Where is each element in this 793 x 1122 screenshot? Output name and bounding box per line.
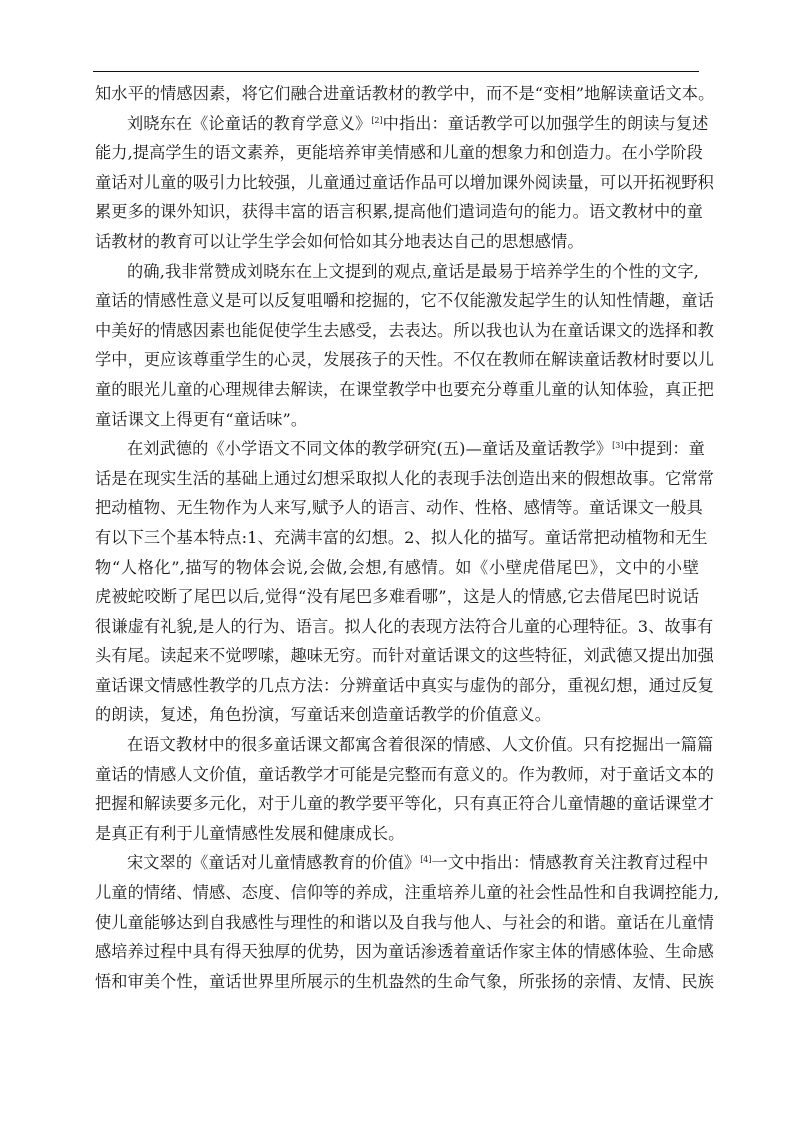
text-line: 刘晓东在《论童话的教育学意义》[2]中指出：童话教学可以加强学生的朗读与复述 bbox=[95, 109, 699, 139]
text-line: 能力,提高学生的语文素养，更能培养审美情感和儿童的想象力和创造力。在小学阶段 bbox=[95, 138, 699, 168]
paragraph: 在刘武德的《小学语文不同文体的教学研究(五)—童话及童话教学》[3]中提到：童 … bbox=[95, 434, 699, 730]
text-line: 话是在现实生活的基础上通过幻想采取拟人化的表现手法创造出来的假想故事。它常常 bbox=[95, 464, 699, 494]
citation-marker: [3] bbox=[612, 441, 623, 450]
text-line: 童话对儿童的吸引力比较强，儿童通过童话作品可以增加课外阅读量，可以开拓视野积 bbox=[95, 168, 699, 198]
text-line: 使儿童能够达到自我感性与理性的和谐以及自我与他人、与社会的和谐。童话在儿童情 bbox=[95, 908, 699, 938]
text-line: 童的眼光儿童的心理规律去解读，在课堂教学中也要充分尊重儿童的认知体验，真正把 bbox=[95, 375, 699, 405]
text-line: 头有尾。读起来不觉啰嗦，趣味无穷。而针对童话课文的这些特征，刘武德又提出加强 bbox=[95, 641, 699, 671]
text-line: 在刘武德的《小学语文不同文体的教学研究(五)—童话及童话教学》[3]中提到：童 bbox=[95, 434, 699, 464]
text-segment: 在刘武德的《小学语文不同文体的教学研究(五)—童话及童话教学》 bbox=[127, 439, 612, 458]
text-line: 童话的情感人文价值，童话教学才可能是完整而有意义的。作为教师，对于童话文本的 bbox=[95, 760, 699, 790]
text-line: 虎被蛇咬断了尾巴以后,觉得“没有尾巴多难看哪”，这是人的情感,它去借尾巴时说话 bbox=[95, 582, 699, 612]
text-segment: 中指出：童话教学可以加强学生的朗读与复述 bbox=[383, 114, 709, 133]
text-line: 感培养过程中具有得天独厚的优势，因为童话渗透着童话作家主体的情感体验、生命感 bbox=[95, 937, 699, 967]
text-line: 童话的情感性意义是可以反复咀嚼和挖掘的，它不仅能激发起学生的认知性情趣，童话 bbox=[95, 286, 699, 316]
text-line: 把动植物、无生物作为人来写,赋予人的语言、动作、性格、感情等。童话课文一般具 bbox=[95, 493, 699, 523]
text-line: 把握和解读要多元化，对于儿童的教学要平等化，只有真正符合儿童情趣的童话课堂才 bbox=[95, 789, 699, 819]
paragraph: 在语文教材中的很多童话课文都寓含着很深的情感、人文价值。只有挖掘出一篇篇 童话的… bbox=[95, 730, 699, 848]
text-line: 是真正有利于儿童情感性发展和健康成长。 bbox=[95, 819, 699, 849]
text-line: 的确,我非常赞成刘晓东在上文提到的观点,童话是最易于培养学生的个性的文字, bbox=[95, 257, 699, 287]
citation-marker: [2] bbox=[371, 116, 382, 125]
text-segment: 刘晓东在《论童话的教育学意义》 bbox=[127, 114, 371, 133]
text-line: 学中，更应该尊重学生的心灵，发展孩子的天性。不仅在教师在解读童话教材时要以儿 bbox=[95, 345, 699, 375]
header-rule bbox=[93, 71, 699, 72]
text-line: 中美好的情感因素也能促使学生去感受，去表达。所以我也认为在童话课文的选择和教 bbox=[95, 316, 699, 346]
document-body: 知水平的情感因素，将它们融合进童话教材的教学中，而不是“变相”地解读童话文本。 … bbox=[95, 79, 699, 996]
text-segment: 中提到：童 bbox=[624, 439, 705, 458]
text-line: 的朗读，复述，角色扮演，写童话来创造童话教学的价值意义。 bbox=[95, 700, 699, 730]
text-line: 话教材的教育可以让学生学会如何恰如其分地表达自己的思想感情。 bbox=[95, 227, 699, 257]
text-line: 在语文教材中的很多童话课文都寓含着很深的情感、人文价值。只有挖掘出一篇篇 bbox=[95, 730, 699, 760]
text-line: 童话课文上得更有“童话味”。 bbox=[95, 405, 699, 435]
text-line: 悟和审美个性，童话世界里所展示的生机盎然的生命气象，所张扬的亲情、友情、民族 bbox=[95, 967, 699, 997]
paragraph: 知水平的情感因素，将它们融合进童话教材的教学中，而不是“变相”地解读童话文本。 bbox=[95, 79, 699, 109]
paragraph: 刘晓东在《论童话的教育学意义》[2]中指出：童话教学可以加强学生的朗读与复述 能… bbox=[95, 109, 699, 257]
text-line: 累更多的课外知识，获得丰富的语言积累,提高他们遣词造句的能力。语文教材中的童 bbox=[95, 197, 699, 227]
paragraph: 的确,我非常赞成刘晓东在上文提到的观点,童话是最易于培养学生的个性的文字, 童话… bbox=[95, 257, 699, 435]
text-line: 物“人格化”,描写的物体会说,会做,会想,有感情。如《小壁虎借尾巴》，文中的小壁 bbox=[95, 553, 699, 583]
text-line: 宋文翠的《童话对儿童情感教育的价值》[4]一文中指出：情感教育关注教育过程中 bbox=[95, 848, 699, 878]
text-segment: 一文中指出：情感教育关注教育过程中 bbox=[432, 853, 709, 872]
text-line: 知水平的情感因素，将它们融合进童话教材的教学中，而不是“变相”地解读童话文本。 bbox=[95, 79, 699, 109]
text-line: 儿童的情绪、情感、态度、信仰等的养成，注重培养儿童的社会性品性和自我调控能力, bbox=[95, 878, 699, 908]
text-line: 童话课文情感性教学的几点方法：分辨童话中真实与虚伪的部分，重视幻想，通过反复 bbox=[95, 671, 699, 701]
citation-marker: [4] bbox=[420, 855, 431, 864]
text-line: 有以下三个基本特点:1、充满丰富的幻想。2、拟人化的描写。童话常把动植物和无生 bbox=[95, 523, 699, 553]
text-line: 很谦虚有礼貌,是人的行为、语言。拟人化的表现方法符合儿童的心理特征。3、故事有 bbox=[95, 612, 699, 642]
text-segment: 宋文翠的《童话对儿童情感教育的价值》 bbox=[127, 853, 420, 872]
paragraph: 宋文翠的《童话对儿童情感教育的价值》[4]一文中指出：情感教育关注教育过程中 儿… bbox=[95, 848, 699, 996]
